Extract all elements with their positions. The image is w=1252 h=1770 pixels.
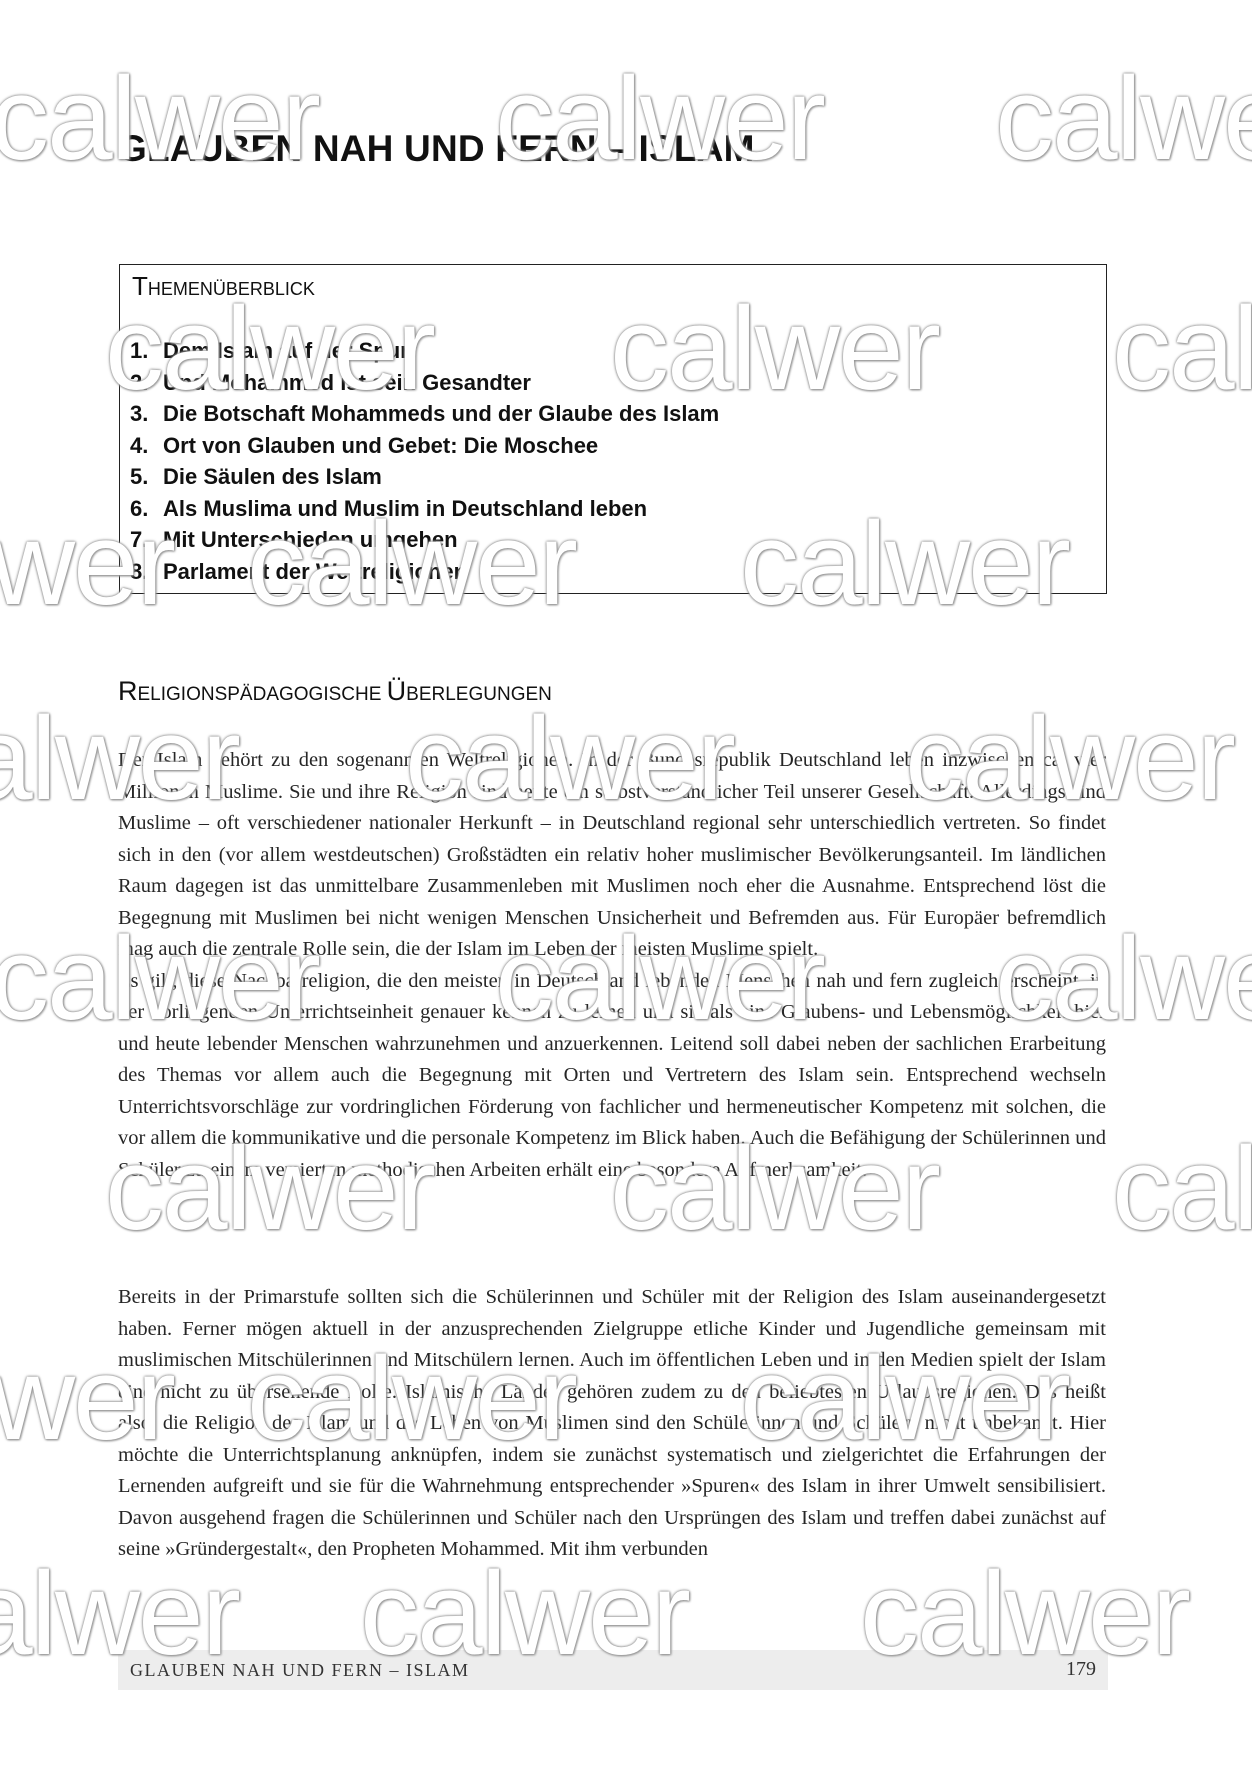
topic-overview-box: THEMENÜBERBLICK 1.Dem Islam auf der Spur… <box>119 264 1107 594</box>
page-footer: GLAUBEN NAH UND FERN – ISLAM 179 <box>118 1650 1108 1690</box>
overview-list: 1.Dem Islam auf der Spur 2.Und Mohammed … <box>130 335 719 587</box>
body-paragraph-1: Der Islam gehört zu den sogenannten Welt… <box>118 745 1106 1186</box>
footer-running-title: GLAUBEN NAH UND FERN – ISLAM <box>130 1660 470 1681</box>
body-paragraph-2: Bereits in der Primarstufe sollten sich … <box>118 1282 1106 1566</box>
overview-heading: THEMENÜBERBLICK <box>132 271 315 302</box>
watermark: calwer <box>1112 290 1252 408</box>
overview-item: 3.Die Botschaft Mohammeds und der Glaube… <box>130 398 719 430</box>
watermark: calwer <box>1112 1130 1252 1248</box>
overview-item: 6.Als Muslima und Muslim in Deutschland … <box>130 493 719 525</box>
overview-item: 4.Ort von Glauben und Gebet: Die Moschee <box>130 430 719 462</box>
page-number: 179 <box>1066 1658 1096 1681</box>
document-page: GLAUBEN NAH UND FERN – ISLAM THEMENÜBERB… <box>0 0 1252 1770</box>
overview-item: 7.Mit Unterschieden umgehen <box>130 524 719 556</box>
section-heading: RELIGIONSPÄDAGOGISCHE ÜBERLEGUNGEN <box>118 676 552 707</box>
overview-item: 8.Parlament der Weltreligionen <box>130 556 719 588</box>
overview-item: 1.Dem Islam auf der Spur <box>130 335 719 367</box>
watermark: calwer <box>995 60 1252 178</box>
overview-item: 5.Die Säulen des Islam <box>130 461 719 493</box>
page-title: GLAUBEN NAH UND FERN – ISLAM <box>118 128 755 170</box>
overview-item: 2.Und Mohammed ist sein Gesandter <box>130 367 719 399</box>
